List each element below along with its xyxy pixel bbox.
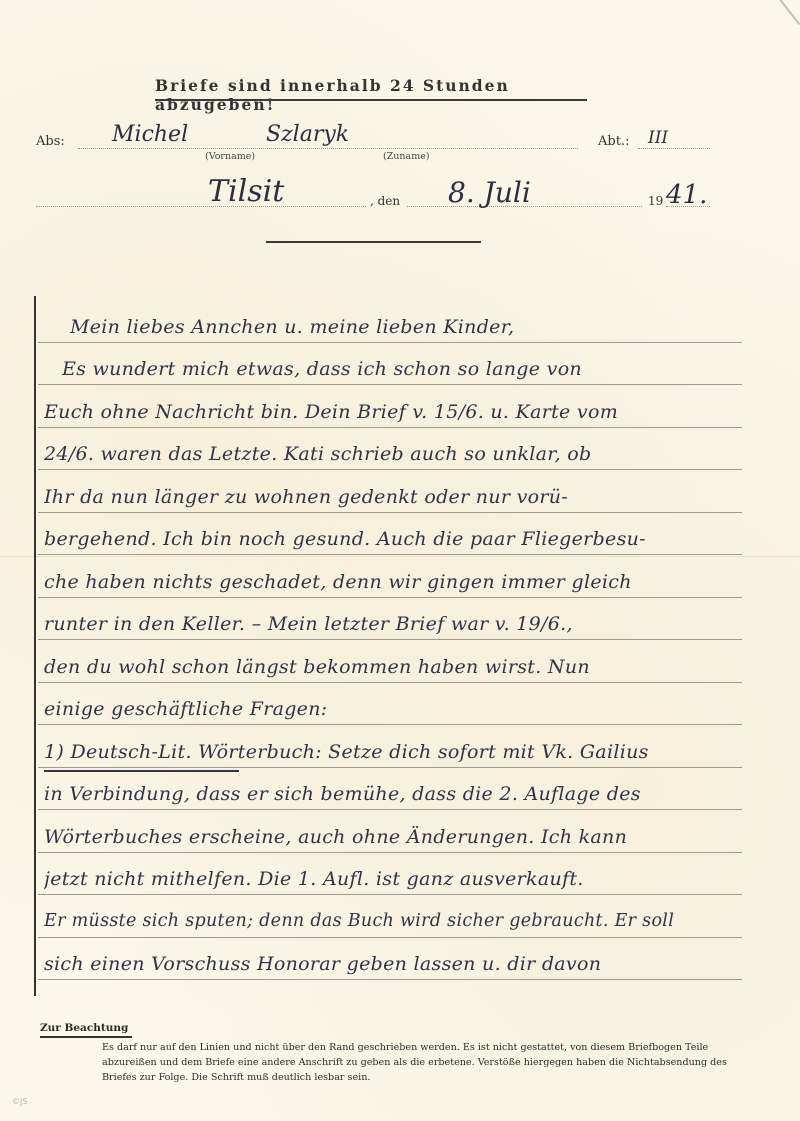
letter-line: in Verbindung, dass er sich bemühe, dass… xyxy=(44,783,744,805)
sender-label: Abs: xyxy=(36,134,65,149)
watermark: ©JS xyxy=(12,1097,27,1106)
item-1-underline xyxy=(44,770,239,772)
place-dotted-line xyxy=(36,206,366,207)
sender-last-name: Szlaryk xyxy=(266,122,349,147)
letter-line: Ihr da nun länger zu wohnen gedenkt oder… xyxy=(44,486,744,508)
letter-line: einige geschäftliche Fragen: xyxy=(44,698,744,720)
ruled-line xyxy=(38,809,742,810)
ruled-line xyxy=(38,512,742,513)
ruled-line xyxy=(38,894,742,895)
sender-dotted-line xyxy=(78,148,578,149)
department-value: III xyxy=(648,128,668,148)
ruled-line xyxy=(38,937,742,938)
ruled-line xyxy=(38,469,742,470)
letter-margin-border xyxy=(34,296,40,996)
ruled-line xyxy=(38,384,742,385)
letter-line: runter in den Keller. – Mein letzter Bri… xyxy=(44,613,744,635)
note-text: Es darf nur auf den Linien und nicht übe… xyxy=(102,1040,742,1085)
header-underline xyxy=(155,99,587,101)
letter-line-salutation: Mein liebes Annchen u. meine lieben Kind… xyxy=(70,316,770,338)
ruled-line xyxy=(38,554,742,555)
letter-line: sich einen Vorschuss Honorar geben lasse… xyxy=(44,953,744,975)
ruled-line xyxy=(38,767,742,768)
letter-line: jetzt nicht mithelfen. Die 1. Aufl. ist … xyxy=(44,868,744,890)
ruled-line xyxy=(38,852,742,853)
place-name: Tilsit xyxy=(208,174,284,209)
note-title: Zur Beachtung xyxy=(40,1022,128,1034)
date-day-month: 8. Juli xyxy=(448,176,531,209)
letter-line: Er müsste sich sputen; denn das Buch wir… xyxy=(44,911,744,931)
fold-crease xyxy=(0,556,800,557)
year-dotted-line xyxy=(666,206,710,207)
letter-line: Euch ohne Nachricht bin. Dein Brief v. 1… xyxy=(44,401,744,423)
department-dotted-line xyxy=(638,148,710,149)
letter-line: Wörterbuches erscheine, auch ohne Änderu… xyxy=(44,826,744,848)
letter-line: bergehend. Ich bin noch gesund. Auch die… xyxy=(44,528,744,550)
date-year-prefix: 19 xyxy=(648,194,663,208)
date-den-label: , den xyxy=(370,194,400,208)
first-name-caption: (Vorname) xyxy=(205,151,255,162)
last-name-caption: (Zuname) xyxy=(383,151,430,162)
form-header-title: Briefe sind innerhalb 24 Stunden abzugeb… xyxy=(155,76,595,114)
ruled-line xyxy=(38,979,742,980)
letter-line: den du wohl schon längst bekommen haben … xyxy=(44,656,744,678)
ruled-line xyxy=(38,342,742,343)
sender-first-name: Michel xyxy=(112,122,188,147)
ruled-line xyxy=(38,597,742,598)
letter-line: Es wundert mich etwas, dass ich schon so… xyxy=(62,358,762,380)
ruled-line xyxy=(38,724,742,725)
ruled-line xyxy=(38,427,742,428)
letter-line-item-1: 1) Deutsch-Lit. Wörterbuch: Setze dich s… xyxy=(44,741,744,763)
letter-line: 24/6. waren das Letzte. Kati schrieb auc… xyxy=(44,443,744,465)
ruled-line xyxy=(38,682,742,683)
department-label: Abt.: xyxy=(598,134,629,149)
note-title-underline xyxy=(40,1036,132,1038)
letter-line: che haben nichts geschadet, denn wir gin… xyxy=(44,571,744,593)
separator-rule xyxy=(266,241,481,243)
ruled-line xyxy=(38,639,742,640)
